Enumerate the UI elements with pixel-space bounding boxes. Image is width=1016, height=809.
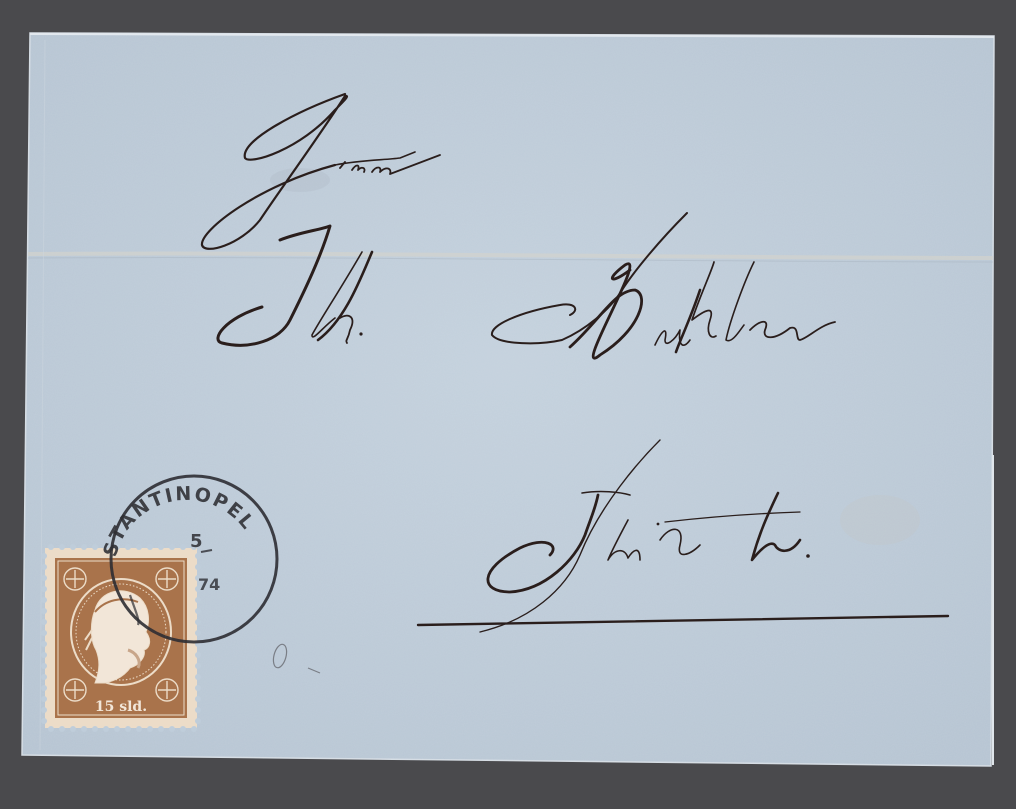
cover-scene: 15 sld. STANTINOPEL 5 74 [0,0,1016,809]
postmark-year: 74 [198,575,220,594]
stamp-value-label: 15 sld. [95,699,147,715]
postmark-day: 5 [190,531,203,552]
postage-stamp: 15 sld. [41,544,201,732]
